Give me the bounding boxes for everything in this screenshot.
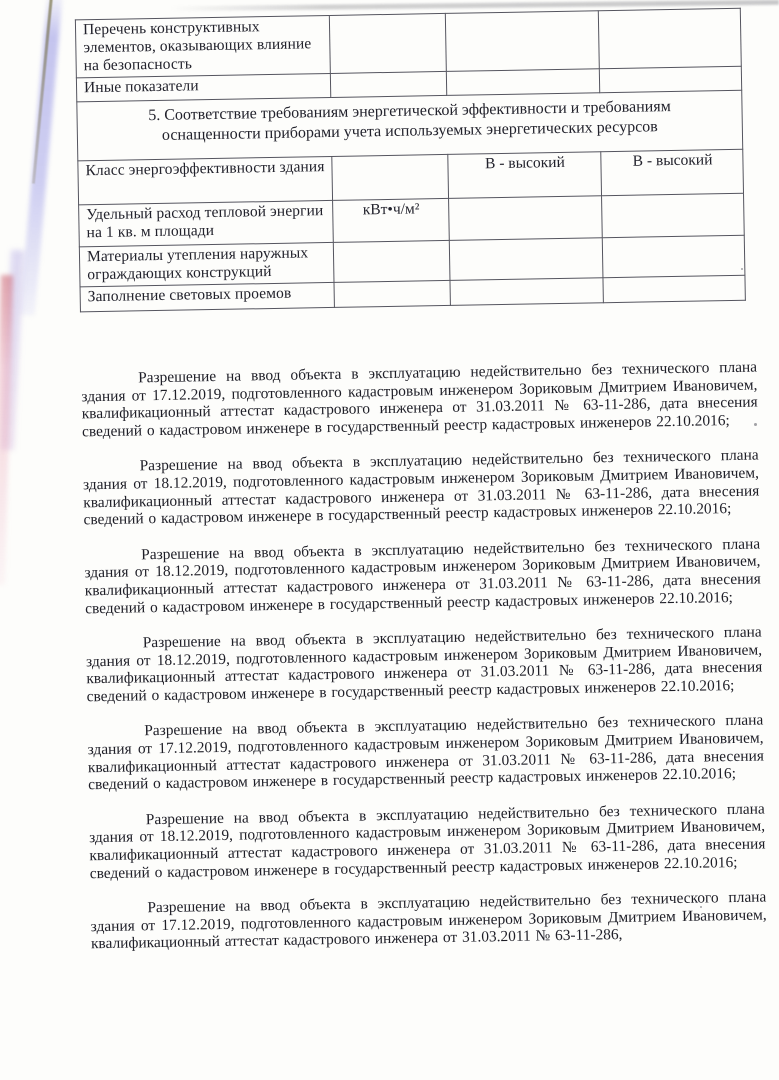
table-cell-empty bbox=[602, 193, 744, 237]
table-cell-empty bbox=[603, 235, 745, 277]
row-label-energy-class: Класс энергоэффективности здания bbox=[78, 156, 333, 204]
table-cell-empty bbox=[330, 71, 446, 97]
paragraph-permit-invalid-5: Разрешение на ввод объекта в эксплуатаци… bbox=[87, 712, 764, 795]
row-label-insulation-materials: Материалы утепления наружных ограждающих… bbox=[79, 242, 334, 286]
table-cell-empty bbox=[448, 196, 602, 241]
heat-consumption-unit: кВт•ч/м² bbox=[333, 198, 449, 242]
paragraph-permit-invalid-7-truncated: Разрешение на ввод объекта в эксплуатаци… bbox=[90, 888, 767, 953]
paragraph-permit-invalid-3: Разрешение на ввод объекта в эксплуатаци… bbox=[84, 535, 761, 618]
table-cell-empty bbox=[600, 66, 742, 92]
paragraph-permit-invalid-2: Разрешение на ввод объекта в эксплуатаци… bbox=[83, 447, 760, 530]
table-cell-empty bbox=[599, 8, 742, 68]
table-cell-empty bbox=[334, 280, 450, 307]
energy-class-value-1: В - высокий bbox=[447, 152, 601, 199]
row-label-window-openings: Заполнение световых проемов bbox=[80, 282, 335, 311]
body-text: Разрешение на ввод объекта в эксплуатаци… bbox=[81, 359, 767, 954]
energy-efficiency-table: Перечень конструктивных элементов, оказы… bbox=[75, 8, 746, 313]
table-cell-empty bbox=[603, 275, 745, 302]
paragraph-permit-invalid-4: Разрешение на ввод объекта в эксплуатаци… bbox=[86, 623, 763, 706]
table-cell-empty bbox=[445, 11, 600, 72]
table-cell-empty bbox=[449, 238, 603, 281]
table-cell-empty bbox=[333, 240, 449, 282]
table-cell-empty bbox=[446, 69, 600, 96]
paragraph-permit-invalid-6: Разрешение на ввод объекта в эксплуатаци… bbox=[89, 800, 766, 883]
table-cell-empty bbox=[450, 278, 604, 306]
scanned-document-page: Перечень конструктивных элементов, оказы… bbox=[0, 0, 779, 1080]
table-cell-empty bbox=[332, 154, 448, 200]
table-cell-empty bbox=[329, 13, 446, 73]
document-content: Перечень конструктивных элементов, оказы… bbox=[0, 0, 779, 1080]
paragraph-permit-invalid-1: Разрешение на ввод объекта в эксплуатаци… bbox=[81, 359, 758, 442]
energy-class-value-2: В - высокий bbox=[601, 149, 743, 195]
row-label-heat-consumption: Удельный расход тепловой энергии на 1 кв… bbox=[79, 200, 334, 246]
row-label-structural-elements: Перечень конструктивных элементов, оказы… bbox=[75, 15, 330, 77]
